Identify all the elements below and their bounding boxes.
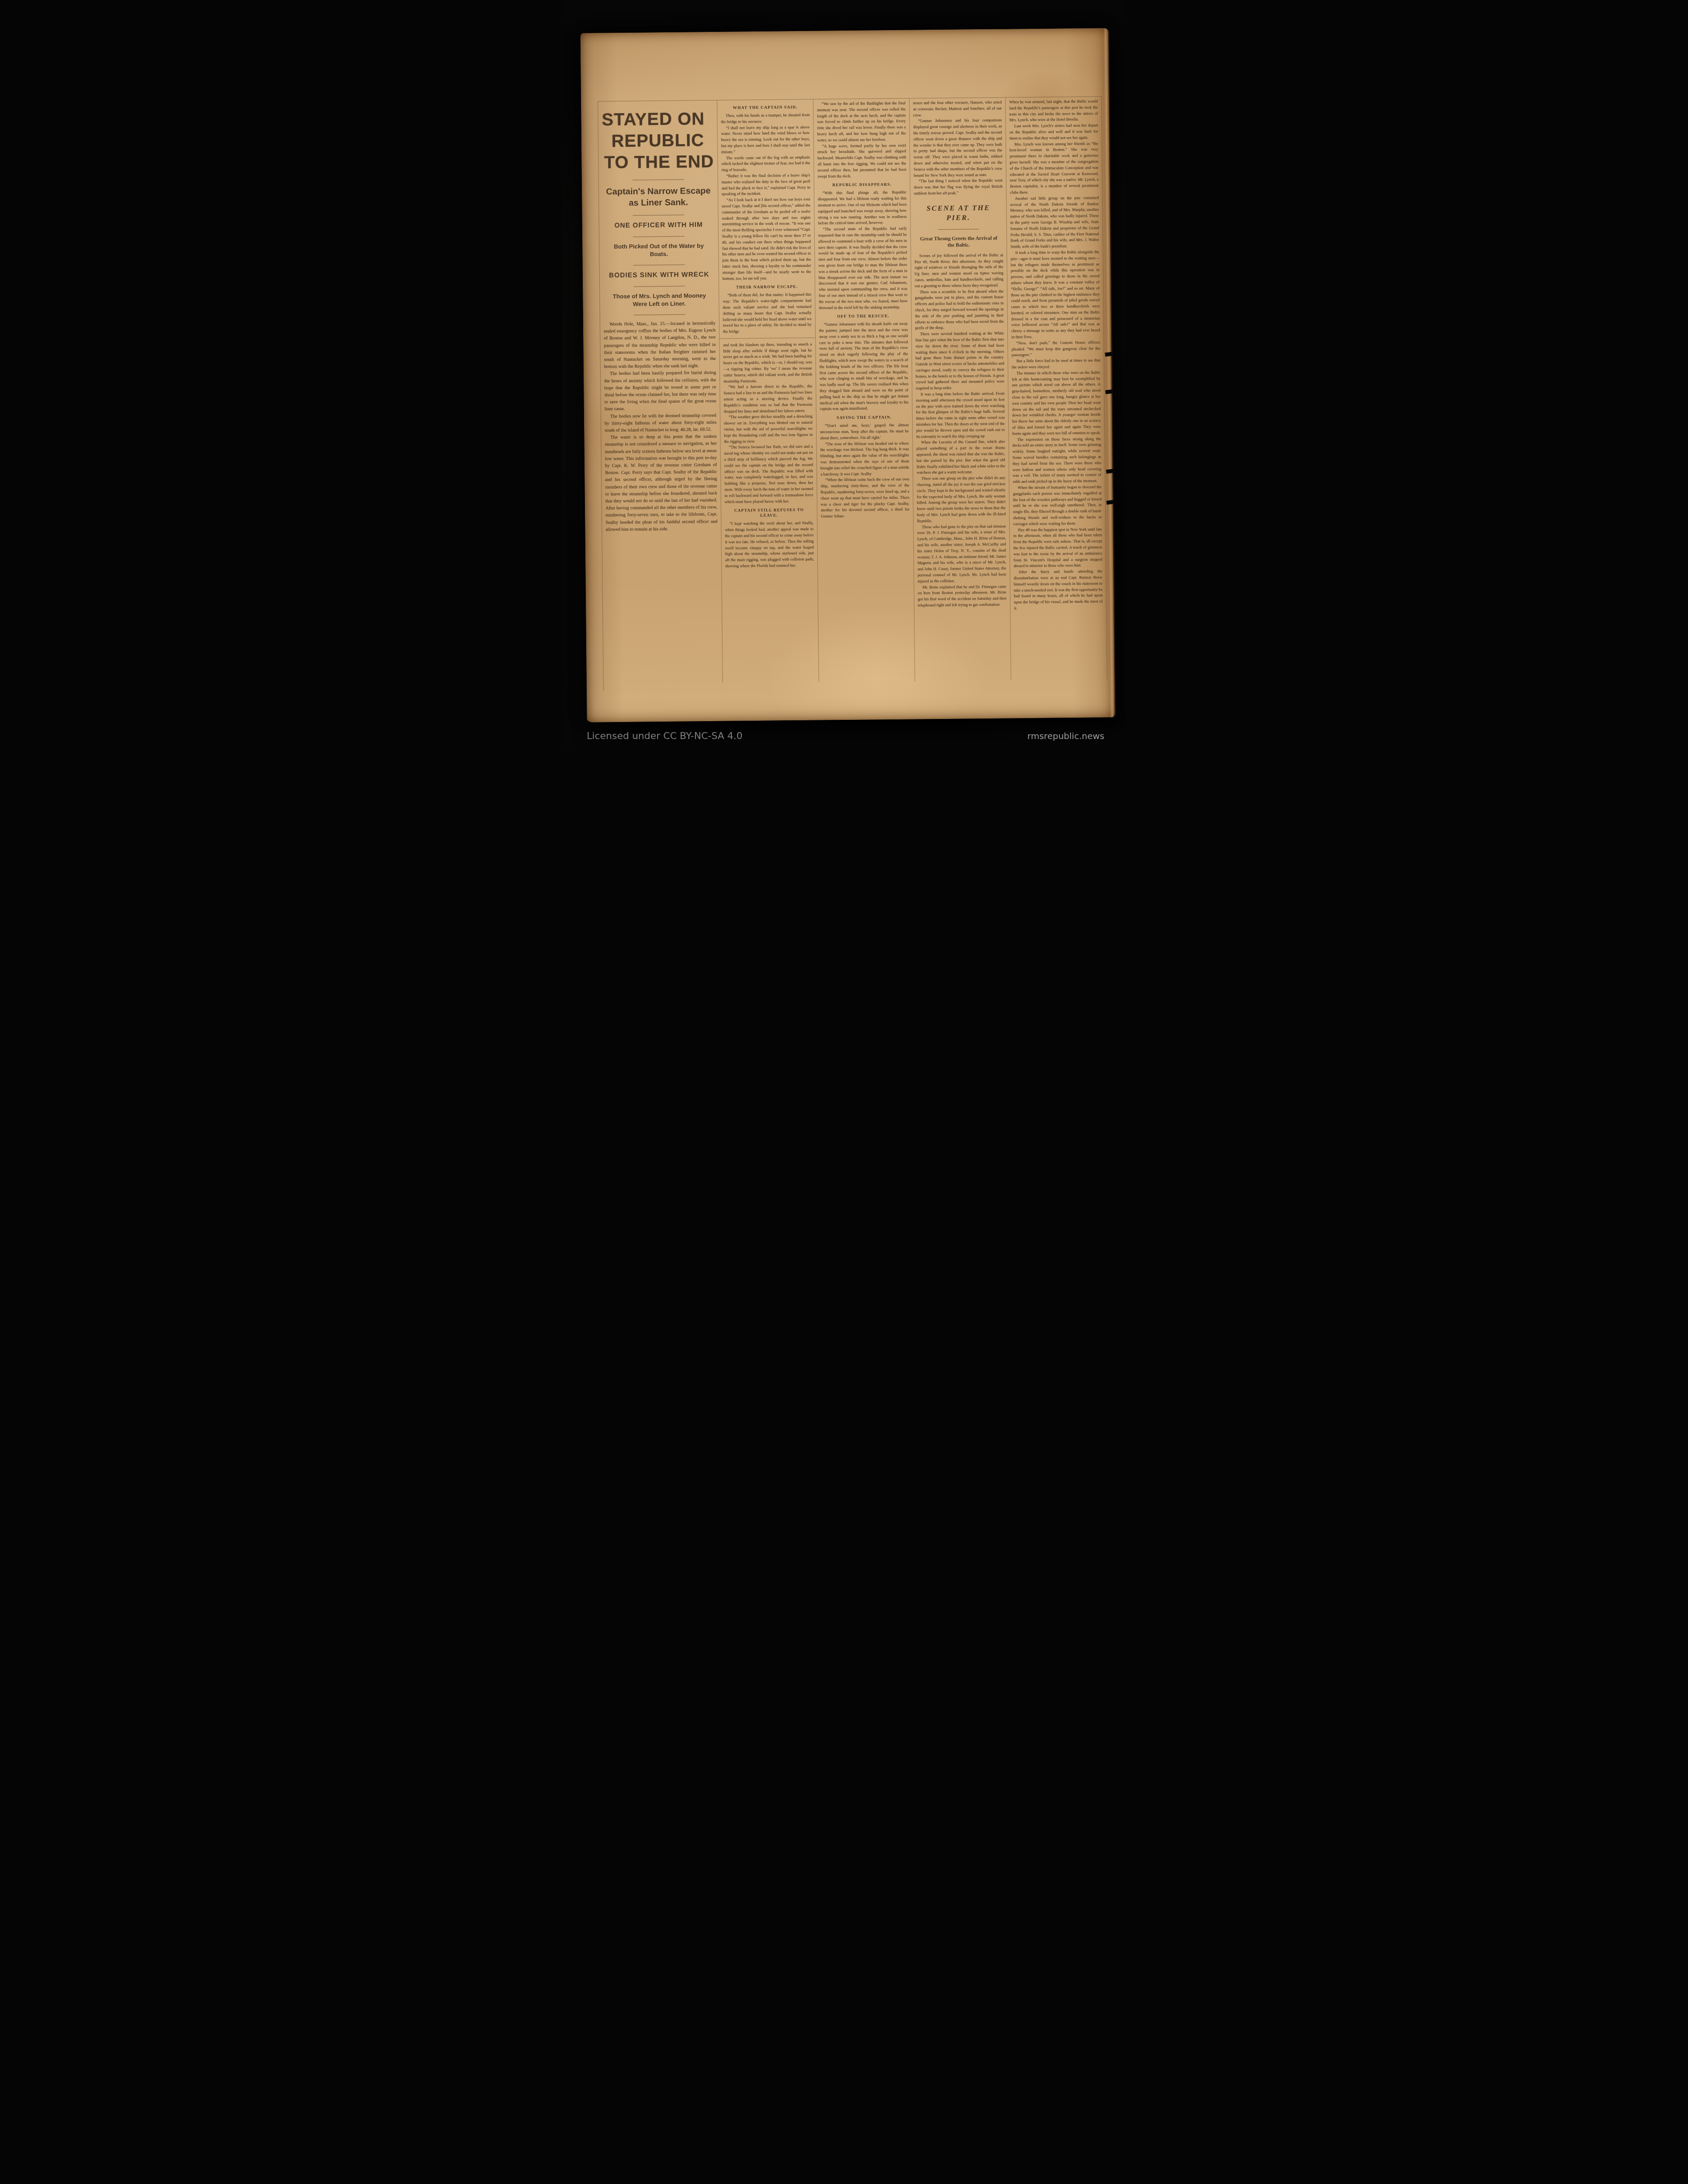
paragraph: The manner in which those who were on th…: [1012, 370, 1101, 437]
rule: [634, 314, 685, 315]
page-tear: [1105, 389, 1114, 394]
paragraph: “A huge wave, formed partly by her own s…: [817, 142, 906, 180]
paragraph: “We had a hawser direct to the Republic,…: [723, 384, 813, 415]
sidehead: SAVING THE CAPTAIN.: [820, 415, 909, 421]
paragraph: Mr. Brine explained that he and Dr. Finn…: [918, 584, 1007, 608]
photo-background: STAYED ONREPUBLICTO THE ENDCaptain's Nar…: [563, 0, 1125, 750]
column-1: STAYED ONREPUBLICTO THE ENDCaptain's Nar…: [598, 100, 723, 691]
paragraph: Then, with his hands as a trumpet, he sh…: [721, 112, 809, 125]
rule: [938, 229, 979, 230]
rule: [633, 236, 685, 237]
paragraph: It took a long time to warp the Baltic a…: [1010, 249, 1100, 340]
scenedeck: Great Throng Greets the Arrival of the B…: [919, 235, 999, 249]
subdeck: Those of Mrs. Lynch and Mooney Were Left…: [606, 292, 713, 308]
sidehead: REPUBLIC DISAPPEARS.: [818, 182, 906, 188]
paragraph: Those who had gone to the pier on that s…: [917, 523, 1006, 584]
paragraph: and took his blankets up there, intendin…: [723, 342, 812, 385]
sidehead: THEIR NARROW ESCAPE.: [723, 284, 811, 290]
paragraph: The water is so deep at this point that …: [605, 433, 717, 533]
paragraph: “As I look back at it I don't see how ou…: [722, 197, 811, 282]
sidehead: CAPTAIN STILL REFUSES TO LEAVE.: [725, 508, 813, 519]
paragraph: “When the lifeboat came back the crew of…: [820, 477, 910, 520]
deck: Captain's Narrow Escape as Liner Sank.: [603, 185, 713, 209]
colrule: [719, 338, 815, 339]
paragraph: There was one group on the pier who didn…: [917, 475, 1006, 524]
paragraph: When the stream of humanity began to des…: [1013, 484, 1102, 527]
paragraph: The bodies now lie with the doomed steam…: [605, 412, 716, 435]
page-tear: [1105, 352, 1114, 357]
scenehead: SCENE AT THE PIER.: [914, 203, 1003, 223]
paragraph: After the hurry and bustle attending the…: [1013, 569, 1103, 612]
paragraph: “I shall not leave my ship long as a spa…: [721, 124, 810, 155]
paragraph: But a little force had to be used at tim…: [1012, 358, 1100, 371]
paragraph: Pier 49 was the happiest spot in New Yor…: [1013, 526, 1102, 570]
paragraph: Mrs. Lynch was known among her friends a…: [1010, 141, 1099, 196]
paragraph: “The second mate of the Republic had ear…: [818, 226, 908, 311]
paragraph: When he was assured, last night, that th…: [1009, 98, 1098, 123]
paragraph: “Gunner Johannsen and his four companion…: [913, 117, 1002, 179]
rule: [633, 286, 685, 287]
xhead: BODIES SINK WITH WRECK: [603, 270, 715, 280]
headline-line: REPUBLIC: [602, 130, 714, 152]
paragraph: nesen and the four other rescuers, Hanso…: [913, 100, 1002, 118]
headline-line: STAYED ON: [602, 108, 713, 131]
xhead: ONE OFFICER WITH HIM: [603, 221, 715, 230]
paragraph: The words came out of the fog with an em…: [721, 154, 810, 173]
page-tear: [1106, 469, 1115, 474]
paragraph: “The last thing I noticed when the Repub…: [914, 178, 1003, 197]
newspaper-page: STAYED ONREPUBLICTO THE ENDCaptain's Nar…: [580, 28, 1114, 722]
column-5: When he was assured, last night, that th…: [1005, 97, 1107, 680]
column-4: nesen and the four other rescuers, Hanso…: [909, 98, 1011, 681]
subdeck: Both Picked Out of the Water by Boats.: [605, 242, 712, 259]
paragraph: Woods Hole, Mass., Jan. 25.—Incased in h…: [604, 320, 716, 371]
page-tear: [1106, 500, 1115, 505]
paragraph: The bodies had been hastily prepared for…: [604, 370, 716, 413]
rule: [633, 180, 684, 180]
paragraph: “Rather it was the final decision of a b…: [722, 173, 811, 197]
paragraph: “'Don't mind me, boys,' gasped the almos…: [820, 422, 909, 441]
paragraph: The expression on those faces strung alo…: [1012, 436, 1101, 485]
paragraph: It was a long time before the Baltic arr…: [916, 391, 1005, 440]
paragraph: When the Lucania of the Cunard line, whi…: [916, 439, 1005, 476]
paragraph: There was a scramble to be first aboard …: [915, 288, 1004, 332]
sidehead: WHAT THE CAPTAIN SAID.: [721, 105, 809, 111]
footer-bar: Licensed under CC BY-NC-SA 4.0 rmsrepubl…: [587, 730, 1104, 742]
paragraph: “Gunner Johannsen with his sheath knife …: [819, 321, 909, 412]
column-3: “We saw by the aid of the flashlights th…: [813, 99, 915, 682]
rule: [633, 265, 685, 266]
headline-line: TO THE END: [602, 151, 714, 173]
paragraph: “The nose of the lifeboat was headed out…: [820, 440, 909, 477]
paragraph: Another sad little group on the pier con…: [1010, 195, 1099, 250]
license-label: Licensed under CC BY-NC-SA 4.0: [587, 731, 743, 742]
paragraph: “With this final plunge aft, the Republi…: [818, 190, 907, 227]
paragraph: “The weather grew thicker steadily and a…: [724, 414, 813, 445]
column-2: WHAT THE CAPTAIN SAID.Then, with his han…: [717, 100, 819, 683]
paragraph: “I kept watching the swirl about her, an…: [725, 520, 814, 569]
paragraph: “We saw by the aid of the flashlights th…: [817, 100, 906, 144]
sidehead: OFF TO THE RESCUE.: [819, 314, 908, 320]
paragraph: Last week Mrs. Lynch's sisters had seen …: [1009, 123, 1098, 142]
paragraph: “The Seneca focussed her flash, we did o…: [724, 444, 813, 505]
paragraph: Scenes of joy followed the arrival of th…: [914, 252, 1003, 289]
paragraph: “Both of them did, for that matter. It h…: [723, 292, 812, 335]
columns: STAYED ONREPUBLICTO THE ENDCaptain's Nar…: [598, 96, 1107, 682]
paragraph: “Now, don't push,” the Custom House offi…: [1011, 339, 1100, 358]
rule: [633, 215, 685, 216]
site-label: rmsrepublic.news: [1027, 730, 1104, 742]
paragraph: There were several hundred waiting at th…: [915, 331, 1004, 392]
